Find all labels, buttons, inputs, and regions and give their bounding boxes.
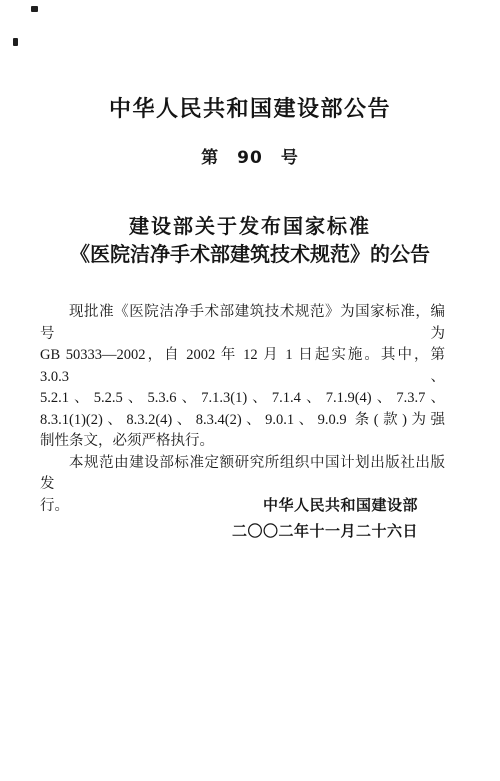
body-line: 制性条文，必须严格执行。 (40, 431, 445, 453)
scan-speck (31, 6, 38, 12)
body-line: 8.3.1(1)(2)、8.3.2(4)、8.3.4(2)、9.0.1、9.0.… (40, 410, 445, 432)
issue-number: 第 90 号 (0, 143, 500, 168)
signature-date: 二〇〇二年十一月二十六日 (232, 518, 418, 544)
signature-block: 中华人民共和国建设部 二〇〇二年十一月二十六日 (232, 492, 418, 544)
signature-issuer: 中华人民共和国建设部 (232, 492, 418, 518)
announcement-body: 现批准《医院洁净手术部建筑技术规范》为国家标准，编号为 GB 50333—200… (40, 302, 445, 517)
body-line: 5.2.1、5.2.5、5.3.6、7.1.3(1)、7.1.4、7.1.9(4… (40, 388, 445, 410)
announcement-document-page: 中华人民共和国建设部公告 第 90 号 建设部关于发布国家标准 《医院洁净手术部… (0, 0, 500, 781)
announcement-subtitle-line-2: 《医院洁净手术部建筑技术规范》的公告 (0, 238, 500, 267)
body-line: 本规范由建设部标准定额研究所组织中国计划出版社出版发 (40, 453, 445, 496)
page-title: 中华人民共和国建设部公告 (0, 92, 500, 123)
announcement-subtitle-line-1: 建设部关于发布国家标准 (0, 210, 500, 239)
body-line: 现批准《医院洁净手术部建筑技术规范》为国家标准，编号为 (40, 302, 445, 345)
scan-speck (13, 38, 18, 46)
body-line: GB 50333—2002，自 2002 年 12 月 1 日起实施。其中，第 … (40, 345, 445, 388)
